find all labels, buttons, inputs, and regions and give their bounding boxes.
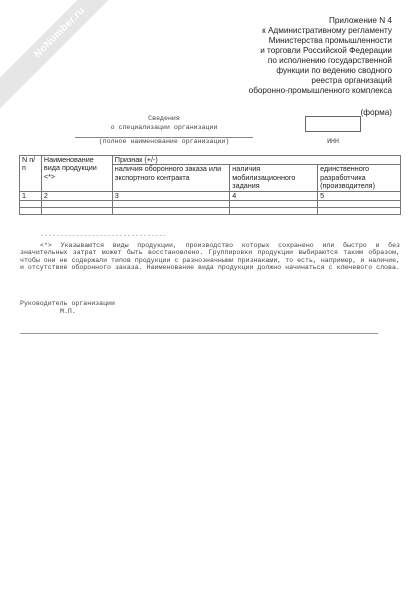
stamp-label: М.П. bbox=[60, 308, 115, 316]
header-num: N п/п bbox=[20, 156, 42, 192]
table-cell: 5 bbox=[318, 191, 401, 200]
table-row bbox=[20, 208, 401, 215]
table-cell: 4 bbox=[230, 191, 318, 200]
header-mobilization: наличия мобилизационного задания bbox=[230, 165, 318, 191]
appendix-line: по исполнению государственной bbox=[172, 56, 392, 66]
table-cell[interactable] bbox=[20, 201, 42, 208]
table-cell[interactable] bbox=[20, 208, 42, 215]
table-cell[interactable] bbox=[41, 208, 112, 215]
table-numbering-row: 1 2 3 4 5 bbox=[20, 191, 401, 200]
inn-field[interactable] bbox=[305, 116, 361, 132]
appendix-line: к Административному регламенту bbox=[172, 26, 392, 36]
header-sole-developer: единственного разработчика (производител… bbox=[318, 165, 401, 191]
footnote-separator: -------------------------------- bbox=[40, 232, 400, 240]
specialization-table: N п/п Наименование вида продукции <*> Пр… bbox=[19, 155, 401, 215]
inn-label: ИНН bbox=[305, 138, 361, 145]
table-cell[interactable] bbox=[318, 208, 401, 215]
header-defense-order: наличия оборонного заказа или экспортног… bbox=[112, 165, 229, 191]
watermark: NoNumber.ru bbox=[0, 0, 138, 111]
appendix-line: реестра организаций bbox=[172, 76, 392, 86]
appendix-header: Приложение N 4 к Административному регла… bbox=[172, 16, 392, 118]
table-cell[interactable] bbox=[112, 208, 229, 215]
signature-block: Руководитель организации М.П. bbox=[20, 300, 115, 316]
appendix-line: Приложение N 4 bbox=[172, 16, 392, 26]
bottom-divider bbox=[20, 333, 378, 334]
footnote: -------------------------------- <*> Ука… bbox=[20, 232, 400, 272]
table-cell[interactable] bbox=[112, 201, 229, 208]
table-cell: 2 bbox=[41, 191, 112, 200]
document-title: Сведения о специализации организации bbox=[74, 114, 254, 132]
header-name: Наименование вида продукции <*> bbox=[41, 156, 112, 192]
table-cell[interactable] bbox=[230, 208, 318, 215]
head-label: Руководитель организации bbox=[20, 300, 115, 308]
title-line-2: о специализации организации bbox=[74, 123, 254, 132]
table-cell: 3 bbox=[112, 191, 229, 200]
table-cell[interactable] bbox=[230, 201, 318, 208]
table-cell: 1 bbox=[20, 191, 42, 200]
org-name-caption: (полное наименование организации) bbox=[75, 138, 253, 145]
table-cell[interactable] bbox=[318, 201, 401, 208]
title-line-1: Сведения bbox=[74, 114, 254, 123]
appendix-line: Министерства промышленности bbox=[172, 36, 392, 46]
footnote-text: <*> Указываются виды продукции, производ… bbox=[20, 242, 400, 272]
table-cell[interactable] bbox=[41, 201, 112, 208]
appendix-line: и торговли Российской Федерации bbox=[172, 46, 392, 56]
appendix-line: функции по ведению сводного bbox=[172, 66, 392, 76]
table-row bbox=[20, 201, 401, 208]
appendix-line: оборонно-промышленного комплекса bbox=[172, 86, 392, 96]
